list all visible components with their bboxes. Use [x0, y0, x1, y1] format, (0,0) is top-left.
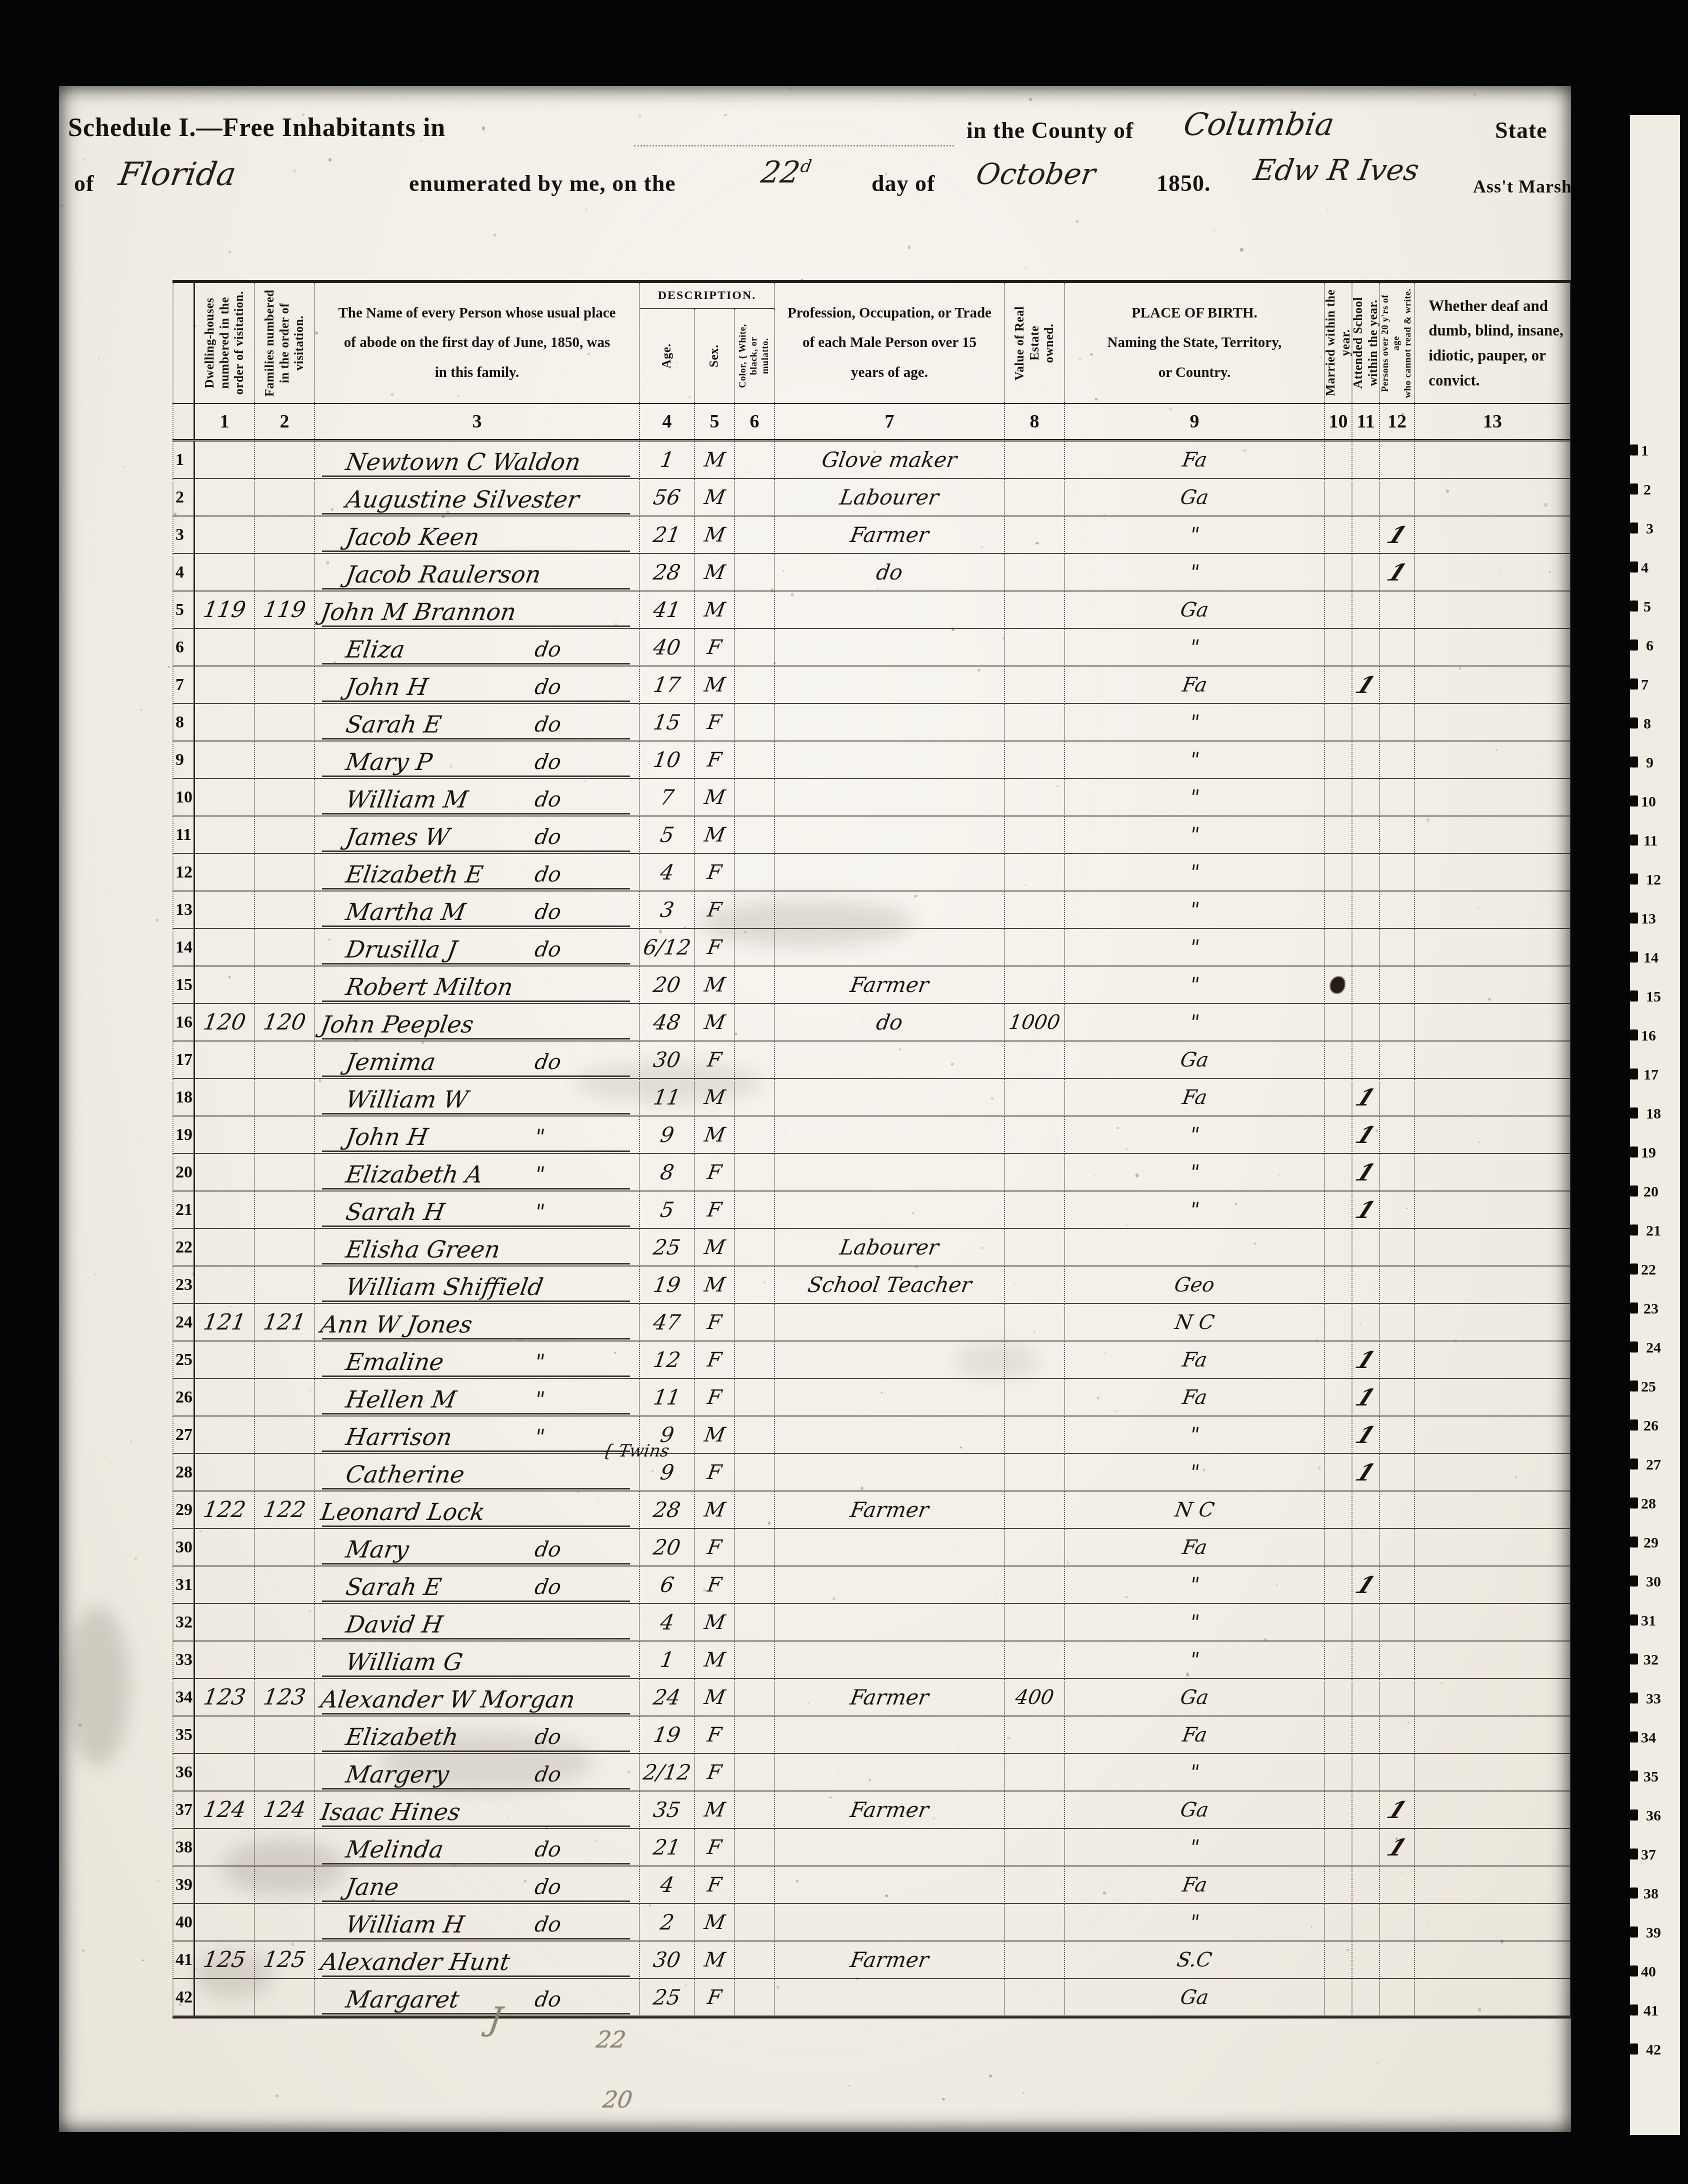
illiterate-cell [1380, 1341, 1415, 1379]
scan-speck [1478, 2008, 1480, 2011]
dwelling-number-cell [195, 666, 255, 704]
remarks-cell [1415, 1566, 1570, 1604]
name-cell: Emaline" [315, 1341, 640, 1379]
scan-speck [885, 1894, 887, 1897]
married-cell [1325, 554, 1352, 591]
color-cell [735, 1566, 775, 1604]
occupation-cell [775, 741, 1005, 779]
edge-tick [1630, 951, 1638, 962]
dwelling-number-cell [195, 1191, 255, 1229]
remarks-cell [1415, 1229, 1570, 1266]
scan-speck [1346, 1949, 1349, 1951]
color-cell [735, 779, 775, 816]
married-cell [1325, 1829, 1352, 1866]
married-cell [1325, 779, 1352, 816]
enumerated-label: enumerated by me, on the [409, 170, 676, 196]
census-row: 23William Shiffield19MSchool TeacherGeo [172, 1266, 1570, 1304]
sex-cell: M [695, 1004, 735, 1041]
school-cell [1352, 554, 1380, 591]
name-cell: Sarah Edo [315, 704, 640, 741]
age-cell: 9 [640, 1116, 695, 1154]
occupation-cell [775, 1866, 1005, 1904]
dwelling-number-cell [195, 1266, 255, 1304]
value-cell [1005, 1641, 1065, 1679]
state-label: State [1495, 117, 1547, 143]
scan-speck [776, 1985, 779, 1989]
occupation-cell [775, 1604, 1005, 1641]
birthplace-cell: " [1065, 1416, 1325, 1454]
occupation-cell [775, 1716, 1005, 1754]
census-row: 17Jemimado30FGa [172, 1041, 1570, 1079]
age-cell: 12 [640, 1341, 695, 1379]
sex-cell: F [695, 854, 735, 891]
married-cell [1325, 1641, 1352, 1679]
scan-speck [391, 393, 393, 395]
remarks-cell [1415, 1004, 1570, 1041]
scan-speck [354, 1038, 357, 1041]
scan-speck [457, 395, 459, 396]
scan-speck [1426, 818, 1429, 822]
row-number: 5 [172, 591, 195, 629]
married-cell [1325, 441, 1352, 479]
dwelling-number-cell [195, 1041, 255, 1079]
scan-speck [1290, 109, 1292, 111]
color-cell [735, 816, 775, 854]
col-num-7: 7 [775, 404, 1005, 439]
edge-tick [1630, 1302, 1638, 1313]
scan-speck [1527, 2017, 1529, 2019]
married-cell [1325, 1379, 1352, 1416]
name-cell: James Wdo [315, 816, 640, 854]
color-cell [735, 1716, 775, 1754]
dwelling-number-cell [195, 816, 255, 854]
occupation-cell: Farmer [775, 1791, 1005, 1829]
edge-row-number: 17 [1643, 1066, 1658, 1083]
row-number: 18 [172, 1079, 195, 1116]
edge-tick [1630, 1770, 1638, 1781]
family-number-cell [255, 629, 315, 666]
handwritten-county: Columbia [1181, 106, 1336, 142]
family-number-cell [255, 1229, 315, 1266]
row-number: 1 [172, 441, 195, 479]
sex-cell: F [695, 1341, 735, 1379]
name-cell: Harrison" [315, 1416, 640, 1454]
school-cell [1352, 516, 1380, 554]
scan-speck [1097, 1397, 1099, 1400]
census-row: 21Sarah H"5F"1 [172, 1191, 1570, 1229]
remarks-cell [1415, 1754, 1570, 1791]
remarks-cell [1415, 1191, 1570, 1229]
birthplace-cell: " [1065, 1641, 1325, 1679]
age-cell: 2/12 [640, 1754, 695, 1791]
age-cell: 28 [640, 554, 695, 591]
sex-cell: F [695, 1866, 735, 1904]
row-number: 41 [172, 1941, 195, 1979]
edge-row-number: 7 [1641, 676, 1648, 693]
sex-cell: M [695, 779, 735, 816]
occupation-cell: Labourer [775, 479, 1005, 516]
occupation-cell: Farmer [775, 966, 1005, 1004]
row-number: 27 [172, 1416, 195, 1454]
married-cell [1325, 1191, 1352, 1229]
edge-tick [1630, 1419, 1638, 1430]
value-cell [1005, 441, 1065, 479]
scan-speck [226, 209, 227, 209]
description-label: DESCRIPTION. [640, 283, 775, 309]
age-cell: 24 [640, 1679, 695, 1716]
scan-speck [493, 233, 496, 236]
census-row: 20Elizabeth A"8F"1 [172, 1154, 1570, 1191]
row-number: 9 [172, 741, 195, 779]
sex-cell: M [695, 441, 735, 479]
edge-row-number: 24 [1646, 1339, 1661, 1356]
dwelling-number-cell [195, 479, 255, 516]
married-cell [1325, 1491, 1352, 1529]
row-number: 36 [172, 1754, 195, 1791]
twins-annotation: { Twins [601, 1441, 671, 1461]
married-cell [1325, 1566, 1352, 1604]
family-number-cell [255, 929, 315, 966]
scan-speck [510, 275, 511, 275]
scan-speck [1079, 358, 1081, 360]
name-cell: Elizabeth A" [315, 1154, 640, 1191]
row-number: 8 [172, 704, 195, 741]
scan-speck [482, 126, 485, 130]
married-cell [1325, 1304, 1352, 1341]
remarks-cell [1415, 966, 1570, 1004]
row-number: 38 [172, 1829, 195, 1866]
census-row: 29122122Leonard Lock28MFarmerN C [172, 1491, 1570, 1529]
value-cell [1005, 479, 1065, 516]
family-number-cell [255, 1341, 315, 1379]
illiterate-cell [1380, 1979, 1415, 2016]
edge-row-number: 2 [1643, 481, 1651, 498]
color-cell [735, 1941, 775, 1979]
color-cell [735, 1979, 775, 2016]
value-cell [1005, 1304, 1065, 1341]
name-cell: Catherine{ Twins [315, 1454, 640, 1491]
name-cell: Jacob Keen [315, 516, 640, 554]
color-cell [735, 1004, 775, 1041]
remarks-cell [1415, 1416, 1570, 1454]
census-row: 25Emaline"12FFa1 [172, 1341, 1570, 1379]
birthplace-cell: Ga [1065, 1979, 1325, 2016]
col-sex-header: Sex. [695, 309, 735, 403]
scan-speck [179, 2003, 181, 2005]
dwelling-number-cell [195, 1529, 255, 1566]
dwelling-number-cell: 120 [195, 1004, 255, 1041]
census-row: 35Elizabethdo19FFa [172, 1716, 1570, 1754]
dwelling-number-cell [195, 1566, 255, 1604]
birthplace-cell: " [1065, 629, 1325, 666]
enumerator-signature: Edw R Ives [1251, 153, 1421, 187]
scan-speck [1272, 545, 1273, 546]
edge-row-number: 37 [1641, 1846, 1656, 1863]
scan-speck [228, 251, 230, 253]
scan-speck [1246, 1267, 1247, 1268]
description-group: DESCRIPTION. Age. Sex. Color, { White, b… [640, 283, 775, 403]
census-row: 34123123Alexander W Morgan24MFarmer400Ga [172, 1679, 1570, 1716]
married-cell [1325, 966, 1352, 1004]
school-cell [1352, 1304, 1380, 1341]
row-number: 42 [172, 1979, 195, 2016]
scan-speck [773, 662, 775, 664]
scan-speck [315, 331, 318, 334]
occupation-cell [775, 816, 1005, 854]
edge-row-number: 16 [1641, 1027, 1656, 1044]
dwelling-number-cell [195, 966, 255, 1004]
remarks-cell [1415, 1304, 1570, 1341]
census-row: 15Robert Milton20MFarmer" [172, 966, 1570, 1004]
row-number: 32 [172, 1604, 195, 1641]
census-row: 27Harrison"9M"1 [172, 1416, 1570, 1454]
census-row: 2Augustine Silvester56MLabourerGa [172, 479, 1570, 516]
name-cell: Drusilla Jdo [315, 929, 640, 966]
edge-tick [1630, 2043, 1638, 2054]
scan-speck [83, 157, 85, 160]
edge-row-number: 4 [1641, 559, 1648, 576]
birthplace-cell: Ga [1065, 591, 1325, 629]
name-cell: William Shiffield [315, 1266, 640, 1304]
col-name-header: The Name of every Person whose usual pla… [315, 283, 640, 403]
illiterate-cell [1380, 854, 1415, 891]
family-number-cell [255, 816, 315, 854]
row-number: 10 [172, 779, 195, 816]
row-number: 20 [172, 1154, 195, 1191]
remarks-cell [1415, 1941, 1570, 1979]
school-cell [1352, 741, 1380, 779]
scan-speck [279, 2036, 280, 2037]
remarks-cell [1415, 554, 1570, 591]
sex-cell: F [695, 704, 735, 741]
scan-speck [94, 1273, 96, 1276]
remarks-cell [1415, 1529, 1570, 1566]
family-number-cell [255, 479, 315, 516]
census-row: 31Sarah Edo6F"1 [172, 1566, 1570, 1604]
occupation-cell: do [775, 554, 1005, 591]
scan-smudge [699, 900, 914, 946]
scan-speck [1376, 2062, 1378, 2064]
color-cell [735, 1191, 775, 1229]
remarks-cell [1415, 1041, 1570, 1079]
scan-speck [860, 1486, 863, 1490]
edge-row-number: 18 [1646, 1105, 1661, 1122]
scan-speck [309, 1610, 310, 1611]
birthplace-cell: " [1065, 741, 1325, 779]
scan-smudge [574, 1062, 764, 1103]
census-row: 37124124Isaac Hines35MFarmerGa1 [172, 1791, 1570, 1829]
value-cell [1005, 779, 1065, 816]
married-cell [1325, 1904, 1352, 1941]
sex-cell: M [695, 1641, 735, 1679]
scan-speck [703, 1588, 706, 1592]
scan-speck [838, 1770, 839, 1771]
edge-row-number: 28 [1641, 1495, 1656, 1512]
row-number: 22 [172, 1229, 195, 1266]
edge-row-number: 19 [1641, 1144, 1656, 1161]
illiterate-cell [1380, 666, 1415, 704]
scan-speck [1407, 1721, 1410, 1723]
illiterate-cell: 1 [1380, 554, 1415, 591]
color-cell [735, 1379, 775, 1416]
scan-speck [1247, 1793, 1248, 1794]
scan-speck [832, 1597, 835, 1600]
col-num-12: 12 [1380, 404, 1415, 439]
row-number: 14 [172, 929, 195, 966]
row-number: 30 [172, 1529, 195, 1566]
sex-cell: M [695, 516, 735, 554]
adjacent-page-edge: 1234567891011121314151617181920212223242… [1630, 115, 1680, 2135]
name-cell: Elizado [315, 629, 640, 666]
scan-speck [796, 1879, 799, 1882]
edge-row-number: 22 [1641, 1261, 1656, 1278]
row-number: 33 [172, 1641, 195, 1679]
scan-speck [638, 114, 641, 117]
scan-speck [142, 1959, 144, 1961]
scan-speck [659, 1351, 661, 1353]
scan-speck [381, 136, 383, 138]
edge-tick [1630, 1341, 1638, 1352]
married-cell [1325, 1116, 1352, 1154]
sex-cell: M [695, 666, 735, 704]
married-cell [1325, 1416, 1352, 1454]
census-row: 16120120John Peeples48Mdo1000" [172, 1004, 1570, 1041]
scan-border-top [0, 0, 1688, 86]
illiterate-cell [1380, 816, 1415, 854]
dwelling-number-cell [195, 1641, 255, 1679]
scan-speck [188, 2116, 189, 2117]
illiterate-cell [1380, 1304, 1415, 1341]
edge-tick [1630, 561, 1638, 572]
color-cell [735, 1341, 775, 1379]
name-cell: Sarah H" [315, 1191, 640, 1229]
illiterate-cell [1380, 891, 1415, 929]
occupation-cell [775, 1454, 1005, 1491]
dwelling-number-cell [195, 704, 255, 741]
census-row: 32David H4M" [172, 1604, 1570, 1641]
col-num-2: 2 [255, 404, 315, 439]
age-cell: 5 [640, 816, 695, 854]
illiterate-cell [1380, 1116, 1415, 1154]
married-cell [1325, 704, 1352, 741]
scan-smudge [65, 1606, 130, 1766]
color-cell [735, 704, 775, 741]
scan-speck [60, 204, 63, 207]
family-number-cell [255, 891, 315, 929]
edge-row-number: 9 [1646, 754, 1653, 771]
remarks-cell [1415, 1266, 1570, 1304]
handwritten-day: 22d [758, 155, 813, 190]
remarks-cell [1415, 779, 1570, 816]
occupation-cell: Farmer [775, 1941, 1005, 1979]
scan-speck [736, 1429, 737, 1430]
edge-tick [1630, 1809, 1638, 1820]
scan-speck [683, 927, 686, 929]
scan-smudge [194, 1951, 274, 1998]
scan-speck [333, 661, 336, 663]
remarks-cell [1415, 1904, 1570, 1941]
remarks-cell [1415, 1491, 1570, 1529]
edge-tick [1630, 1224, 1638, 1235]
school-cell [1352, 591, 1380, 629]
edge-tick [1630, 444, 1638, 455]
name-cell: John M Brannon [315, 591, 640, 629]
age-cell: 19 [640, 1716, 695, 1754]
married-cell [1325, 1154, 1352, 1191]
sex-cell: F [695, 1829, 735, 1866]
occupation-cell [775, 779, 1005, 816]
age-cell: 35 [640, 1791, 695, 1829]
scan-speck [1240, 248, 1243, 251]
scan-speck [942, 2098, 945, 2100]
remarks-cell [1415, 816, 1570, 854]
dwelling-number-cell [195, 1604, 255, 1641]
year-label: 1850. [1156, 170, 1211, 196]
edge-row-number: 40 [1641, 1963, 1656, 1980]
birthplace-cell: Ga [1065, 479, 1325, 516]
row-number: 31 [172, 1566, 195, 1604]
edge-tick [1630, 795, 1638, 806]
married-cell [1325, 1754, 1352, 1791]
edge-tick [1630, 717, 1638, 728]
illiterate-cell [1380, 1004, 1415, 1041]
occupation-cell [775, 1641, 1005, 1679]
remarks-cell [1415, 1116, 1570, 1154]
illiterate-cell [1380, 1229, 1415, 1266]
scan-speck [529, 2066, 530, 2067]
scan-speck [1263, 1638, 1266, 1640]
handwritten-month: October [974, 157, 1098, 191]
census-row: 39Janedo4FFa [172, 1866, 1570, 1904]
birthplace-cell: Fa [1065, 1379, 1325, 1416]
scan-speck [546, 1559, 549, 1561]
edge-row-number: 33 [1646, 1690, 1661, 1707]
col-num-13: 13 [1415, 404, 1570, 439]
birthplace-cell: " [1065, 554, 1325, 591]
scan-speck [1446, 489, 1448, 493]
pencil-tally-top: 22 [594, 2026, 627, 2053]
scan-speck [1056, 785, 1058, 787]
edge-row-number: 14 [1643, 949, 1658, 966]
name-cell: Alexander W Morgan [315, 1679, 640, 1716]
occupation-cell [775, 629, 1005, 666]
edge-tick [1630, 2004, 1638, 2015]
dwelling-number-cell: 123 [195, 1679, 255, 1716]
row-number: 23 [172, 1266, 195, 1304]
scan-speck [688, 396, 690, 398]
edge-tick [1630, 1380, 1638, 1391]
remarks-cell [1415, 629, 1570, 666]
scan-speck [318, 1079, 321, 1082]
edge-row-number: 26 [1643, 1417, 1658, 1434]
scan-speck [1544, 503, 1547, 507]
scan-speck [1007, 1737, 1010, 1739]
row-number: 26 [172, 1379, 195, 1416]
family-number-cell [255, 1454, 315, 1491]
row-number: 15 [172, 966, 195, 1004]
edge-tick [1630, 1887, 1638, 1898]
birthplace-cell: " [1065, 1154, 1325, 1191]
dwelling-number-cell [195, 1154, 255, 1191]
birthplace-cell: " [1065, 929, 1325, 966]
blank-rule [634, 145, 954, 146]
sex-cell: F [695, 1304, 735, 1341]
occupation-cell [775, 1304, 1005, 1341]
illiterate-cell [1380, 1379, 1415, 1416]
edge-tick [1630, 1848, 1638, 1859]
col-school-header: Attended School within the year. [1352, 283, 1380, 403]
school-cell: 1 [1352, 1341, 1380, 1379]
